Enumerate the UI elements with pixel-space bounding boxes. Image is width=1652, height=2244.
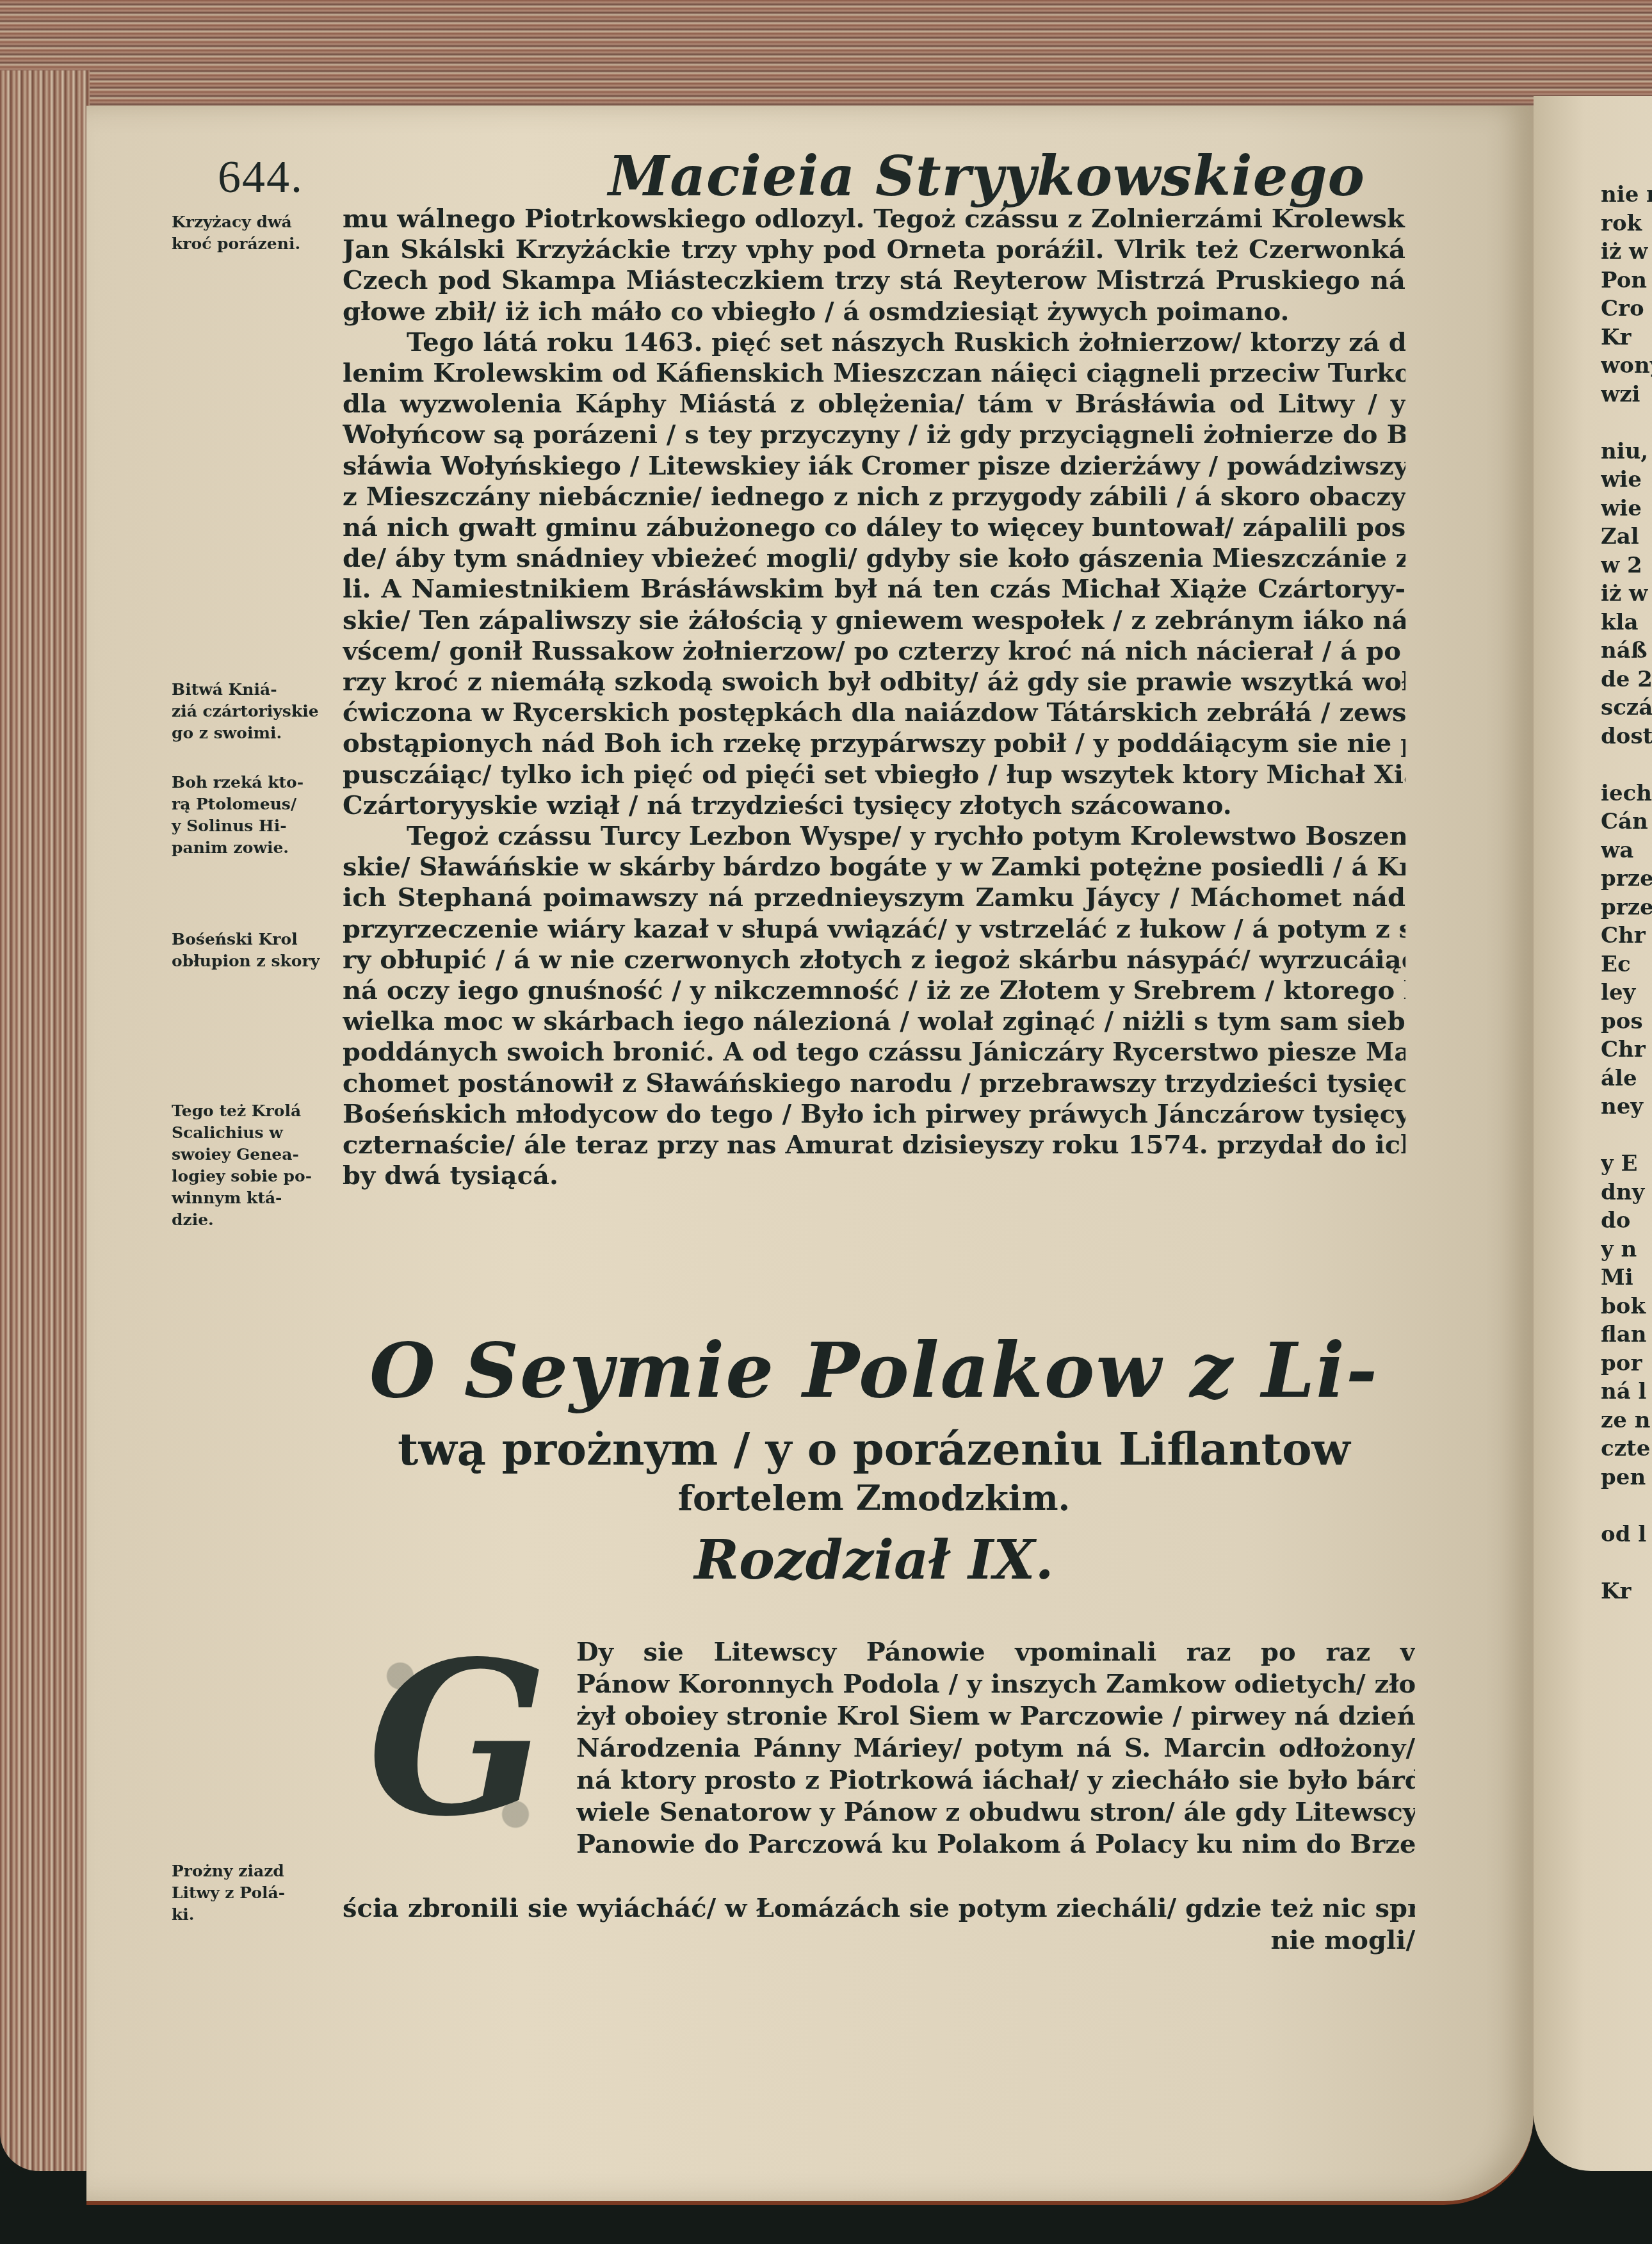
text-line: dla wyzwolenia Káphy Miástá z oblężenia/… xyxy=(343,389,1405,419)
facing-line-fragment: ze n xyxy=(1601,1406,1652,1435)
note-line: swoiey Genea- xyxy=(172,1144,339,1166)
facing-line-fragment: dny xyxy=(1601,1178,1652,1207)
text-line: li. A Namiestnikiem Brásłáwskim był ná t… xyxy=(343,574,1405,605)
facing-line-fragment: w 2 xyxy=(1601,551,1652,580)
facing-line-fragment xyxy=(1601,1549,1652,1577)
facing-line-fragment: iż w xyxy=(1601,238,1652,266)
note-line: Krzyżacy dwá xyxy=(172,211,339,233)
text-line: przyrzeczenie wiáry kazał v słupá vwiązá… xyxy=(343,914,1405,945)
facing-line-fragment: iech xyxy=(1601,779,1652,808)
facing-line-fragment: Kr xyxy=(1601,323,1652,352)
chapter-title-line: O Seymie Polakow z Li- xyxy=(343,1326,1405,1415)
text-line: ich Stephaná poimawszy ná przednieyszym … xyxy=(343,882,1405,913)
facing-line-fragment: ná l xyxy=(1601,1378,1652,1406)
facing-line-fragment: Mi xyxy=(1601,1264,1652,1292)
facing-line-fragment xyxy=(1601,1492,1652,1520)
text-line: Dy sie Litewscy Pánowie vpominali raz po… xyxy=(576,1636,1415,1668)
text-line: skie/ Ten zápaliwszy sie żáłością y gnie… xyxy=(343,605,1405,636)
chapter-heading: O Seymie Polakow z Li- twą prożnym / y o… xyxy=(343,1326,1405,1592)
book-page-edges-left xyxy=(0,70,90,2171)
main-text: mu wálnego Piotrkowskiego odlozyl. Tegoż… xyxy=(343,204,1405,1192)
text-line: Czech pod Skampa Miásteczkiem trzy stá R… xyxy=(343,265,1405,296)
paragraph: Tego látá roku 1463. pięć set nászych Ru… xyxy=(343,327,1405,821)
marginal-note: Boh rzeká kto- rą Ptolomeus/ y Solinus H… xyxy=(172,772,339,859)
ornamental-initial: G xyxy=(362,1630,554,1860)
text-line: wielka moc w skárbach iego nálezioná / w… xyxy=(343,1006,1405,1037)
text-line: słáwia Wołyńskiego / Litewskiey iák Crom… xyxy=(343,451,1405,482)
marginal-note: Prożny ziazd Litwy z Polá- ki. xyxy=(172,1860,339,1926)
text-line: by dwá tysiącá. xyxy=(343,1160,1405,1191)
facing-line-fragment: pos xyxy=(1601,1007,1652,1036)
note-line: dzie. xyxy=(172,1209,339,1231)
facing-line-fragment: Pon xyxy=(1601,266,1652,295)
facing-line-fragment: iż w xyxy=(1601,580,1652,608)
text-line: poddánych swoich bronić. A od tego czáss… xyxy=(343,1037,1405,1068)
facing-line-fragment: Kr xyxy=(1601,1577,1652,1606)
text-line: żył oboiey stronie Krol Siem w Parczowie… xyxy=(576,1700,1415,1732)
facing-line-fragment: wzi xyxy=(1601,380,1652,409)
facing-line-fragment: kla xyxy=(1601,608,1652,637)
text-line: Wołyńcow są porázeni / s tey przyczyny /… xyxy=(343,419,1405,450)
text-line: Tegoż czássu Turcy Lezbon Wyspe/ y rychł… xyxy=(343,821,1405,852)
note-line: Litwy z Polá- xyxy=(172,1882,339,1904)
facing-line-fragment: niu, xyxy=(1601,437,1652,466)
note-line: Bitwá Kniá- xyxy=(172,679,339,701)
facing-line-fragment: wa xyxy=(1601,836,1652,865)
text-line: ná oczy iego gnuśność / y nikczemność / … xyxy=(343,975,1405,1006)
facing-line-fragment: pen xyxy=(1601,1463,1652,1492)
text-line: ná nich gwałt gminu zábużonego co dáley … xyxy=(343,512,1405,543)
facing-line-fragment: Cro xyxy=(1601,295,1652,323)
text-line: ćwiczona w Rycerskich postępkách dla nai… xyxy=(343,697,1405,728)
text-line: skie/ Sławáńskie w skárby bárdzo bogáte … xyxy=(343,852,1405,882)
text-line: de/ áby tym snádniey vbieżeć mogli/ gdyb… xyxy=(343,543,1405,574)
text-line: pusczáiąc/ tylko ich pięć od pięći set v… xyxy=(343,760,1405,790)
note-line: y Solinus Hi- xyxy=(172,815,339,837)
text-line: Tego látá roku 1463. pięć set nászych Ru… xyxy=(343,327,1405,358)
text-line: mu wálnego Piotrkowskiego odlozyl. Tegoż… xyxy=(343,204,1405,234)
facing-line-fragment: Chr xyxy=(1601,922,1652,950)
facing-line-fragment: czte xyxy=(1601,1435,1652,1463)
text-line: ścia zbronili sie wyiácháć/ w Łomázách s… xyxy=(343,1892,1415,1924)
facing-line-fragment: de 2 xyxy=(1601,665,1652,694)
note-line: ziá czártoriyskie xyxy=(172,701,339,722)
facing-line-fragment: bok xyxy=(1601,1292,1652,1321)
text-line: czternaście/ ále teraz przy nas Amurat d… xyxy=(343,1130,1405,1160)
facing-line-fragment xyxy=(1601,409,1652,437)
facing-line-fragment: wie xyxy=(1601,466,1652,494)
text-line: ná ktory prosto z Piotrkowá iáchał/ y zi… xyxy=(576,1764,1415,1796)
note-line: winnym ktá- xyxy=(172,1187,339,1209)
facing-line-fragment: dost xyxy=(1601,722,1652,751)
note-line: obłupion z skory xyxy=(172,950,339,972)
facing-line-fragment: ley xyxy=(1601,979,1652,1007)
facing-line-fragment: ney xyxy=(1601,1093,1652,1121)
text-line: głowe zbił/ iż ich máło co vbiegło / á o… xyxy=(343,297,1405,327)
chapter-opening-text: Dy sie Litewscy Pánowie vpominali raz po… xyxy=(576,1636,1415,1860)
facing-line-fragment: y n xyxy=(1601,1235,1652,1264)
marginal-note: Krzyżacy dwá kroć porázeni. xyxy=(172,211,339,255)
text-line: Jan Skálski Krzyżáckie trzy vphy pod Orn… xyxy=(343,234,1405,265)
running-title: Macieia Stryykowskiego xyxy=(608,144,1365,209)
note-line: ki. xyxy=(172,1904,339,1926)
facing-line-fragment: Chr xyxy=(1601,1036,1652,1064)
facing-line-fragment: sczá xyxy=(1601,694,1652,722)
note-line: logiey sobie po- xyxy=(172,1166,339,1187)
marginal-note: Bośeński Krol obłupion z skory xyxy=(172,929,339,972)
note-line: Tego też Krolá xyxy=(172,1100,339,1122)
facing-line-fragment: od l xyxy=(1601,1520,1652,1549)
marginal-note: Bitwá Kniá- ziá czártoriyskie go z swoim… xyxy=(172,679,339,744)
note-line: kroć porázeni. xyxy=(172,233,339,255)
text-line: Pánow Koronnych Podola / y inszych Zamko… xyxy=(576,1668,1415,1700)
text-line: vścem/ gonił Russakow żołnierzow/ po czt… xyxy=(343,636,1405,667)
facing-line-fragment: prze xyxy=(1601,893,1652,922)
chapter-title-line: fortelem Zmodzkim. xyxy=(343,1477,1405,1519)
note-line: Boh rzeká kto- xyxy=(172,772,339,793)
text-line: Bośeńskich młodycow do tego / Było ich p… xyxy=(343,1099,1405,1130)
facing-line-fragment xyxy=(1601,751,1652,779)
facing-line-fragment xyxy=(1601,1121,1652,1150)
facing-line-fragment: wie xyxy=(1601,494,1652,523)
note-line: Scalichius w xyxy=(172,1122,339,1144)
note-line: go z swoimi. xyxy=(172,722,339,744)
text-line: wiele Senatorow y Pánow z obudwu stron/ … xyxy=(576,1796,1415,1828)
chapter-text-continued: ścia zbronili sie wyiácháć/ w Łomázách s… xyxy=(343,1892,1415,1956)
facing-line-fragment: por xyxy=(1601,1349,1652,1378)
catchword: nie mogli/ xyxy=(343,1924,1415,1956)
note-line: Prożny ziazd xyxy=(172,1860,339,1882)
text-line: lenim Krolewskim od Káfienskich Mieszcza… xyxy=(343,358,1405,389)
note-line: panim zowie. xyxy=(172,837,339,859)
paragraph: mu wálnego Piotrkowskiego odlozyl. Tegoż… xyxy=(343,204,1405,327)
facing-line-fragment: do xyxy=(1601,1207,1652,1235)
text-line: ry obłupić / á w nie czerwonych złotych … xyxy=(343,945,1405,975)
text-line: rzy kroć z niemáłą szkodą swoich był odb… xyxy=(343,667,1405,697)
facing-line-fragment: ále xyxy=(1601,1064,1652,1093)
text-line: obstąpionych nád Boh ich rzekę przypárws… xyxy=(343,728,1405,759)
note-line: Bośeński Krol xyxy=(172,929,339,950)
text-line: Czártoryyskie wziął / ná trzydzieści tys… xyxy=(343,790,1405,821)
facing-line-fragment: Cán xyxy=(1601,808,1652,836)
facing-line-fragment: rok xyxy=(1601,209,1652,238)
facing-line-fragment: Zal xyxy=(1601,523,1652,551)
text-line: chomet postánowił z Sławáńskiego narodu … xyxy=(343,1068,1405,1099)
facing-line-fragment: y E xyxy=(1601,1150,1652,1178)
chapter-title-line: twą prożnym / y o porázeniu Liflantow xyxy=(343,1422,1405,1477)
facing-line-fragment: flan xyxy=(1601,1321,1652,1349)
facing-line-fragment: wony xyxy=(1601,352,1652,380)
text-line: z Mieszczány niebácznie/ iednego z nich … xyxy=(343,482,1405,512)
marginal-note: Tego też Krolá Scalichius w swoiey Genea… xyxy=(172,1100,339,1231)
facing-line-fragment: nie n xyxy=(1601,181,1652,209)
facing-line-fragment: prze xyxy=(1601,865,1652,893)
note-line: rą Ptolomeus/ xyxy=(172,793,339,815)
text-line: Panowie do Parczowá ku Polakom á Polacy … xyxy=(576,1828,1415,1860)
facing-line-fragment: náß xyxy=(1601,637,1652,665)
facing-page-text: nie nrokiż wPonCroKrwonywziniu,wiewieZal… xyxy=(1601,181,1652,1606)
chapter-number: Rozdział IX. xyxy=(343,1528,1405,1592)
facing-line-fragment: Ec xyxy=(1601,950,1652,979)
paragraph: Tegoż czássu Turcy Lezbon Wyspe/ y rychł… xyxy=(343,821,1405,1191)
text-line: Národzenia Pánny Máriey/ potym ná S. Mar… xyxy=(576,1732,1415,1764)
page-number: 644. xyxy=(218,150,304,204)
